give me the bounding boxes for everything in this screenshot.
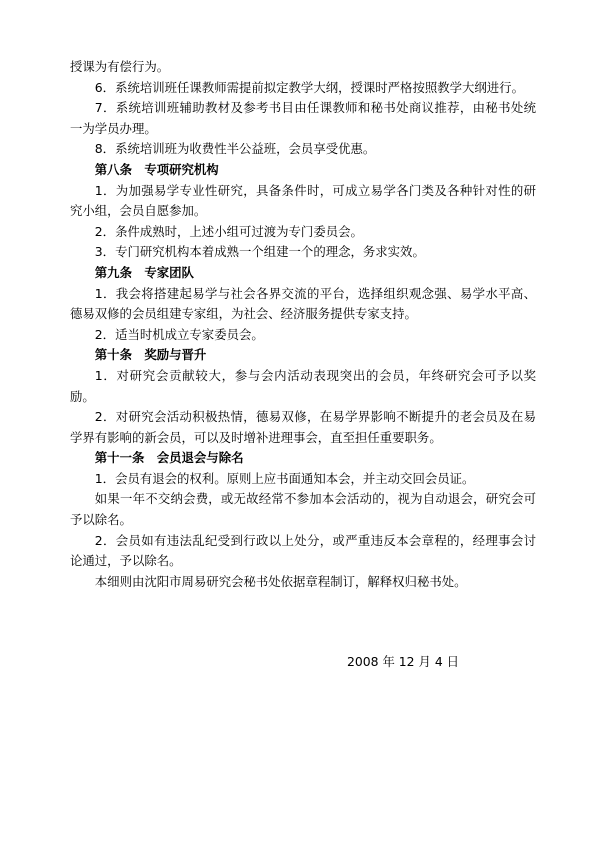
paragraph-article10-item-2: 2．对研究会活动积极热情，德易双修，在易学界影响不断提升的老会员及在易学界有影响…	[70, 407, 536, 448]
heading-article-9: 第九条 专家团队	[70, 263, 536, 284]
heading-article-10: 第十条 奖励与晋升	[70, 345, 536, 366]
paragraph-continuation: 授课为有偿行为。	[70, 57, 536, 78]
paragraph-article8-item-3: 3．专门研究机构本着成熟一个组建一个的理念，务求实效。	[70, 242, 536, 263]
paragraph-closing-statement: 本细则由沈阳市周易研究会秘书处依据章程制订，解释权归秘书处。	[70, 572, 536, 593]
heading-article-8: 第八条 专项研究机构	[70, 160, 536, 181]
date-line: 2008 年 12 月 4 日	[70, 652, 536, 673]
paragraph-article9-item-1: 1．我会将搭建起易学与社会各界交流的平台，选择组织观念强、易学水平高、德易双修的…	[70, 284, 536, 325]
paragraph-article10-item-1: 1．对研究会贡献较大，参与会内活动表现突出的会员，年终研究会可予以奖励。	[70, 366, 536, 407]
paragraph-article8-item-1: 1．为加强易学专业性研究，具备条件时，可成立易学各门类及各种针对性的研究小组，会…	[70, 181, 536, 222]
paragraph-training-item-7: 7．系统培训班辅助教材及参考书目由任课教师和秘书处商议推荐，由秘书处统一为学员办…	[70, 98, 536, 139]
document-page: 授课为有偿行为。 6．系统培训班任课教师需提前拟定教学大纲，授课时严格按照教学大…	[0, 0, 602, 852]
paragraph-article9-item-2: 2．适当时机成立专家委员会。	[70, 325, 536, 346]
paragraph-article11-item-1: 1．会员有退会的权利。原则上应书面通知本会，并主动交回会员证。	[70, 469, 536, 490]
paragraph-article11-item-2: 2．会员如有违法乱纪受到行政以上处分，或严重违反本会章程的，经理事会讨论通过，予…	[70, 531, 536, 572]
paragraph-training-item-8: 8．系统培训班为收费性半公益班，会员享受优惠。	[70, 139, 536, 160]
paragraph-article8-item-2: 2．条件成熟时，上述小组可过渡为专门委员会。	[70, 222, 536, 243]
paragraph-article11-auto-withdraw: 如果一年不交纳会费，或无故经常不参加本会活动的，视为自动退会，研究会可予以除名。	[70, 489, 536, 530]
heading-article-11: 第十一条 会员退会与除名	[70, 448, 536, 469]
paragraph-training-item-6: 6．系统培训班任课教师需提前拟定教学大纲，授课时严格按照教学大纲进行。	[70, 78, 536, 99]
